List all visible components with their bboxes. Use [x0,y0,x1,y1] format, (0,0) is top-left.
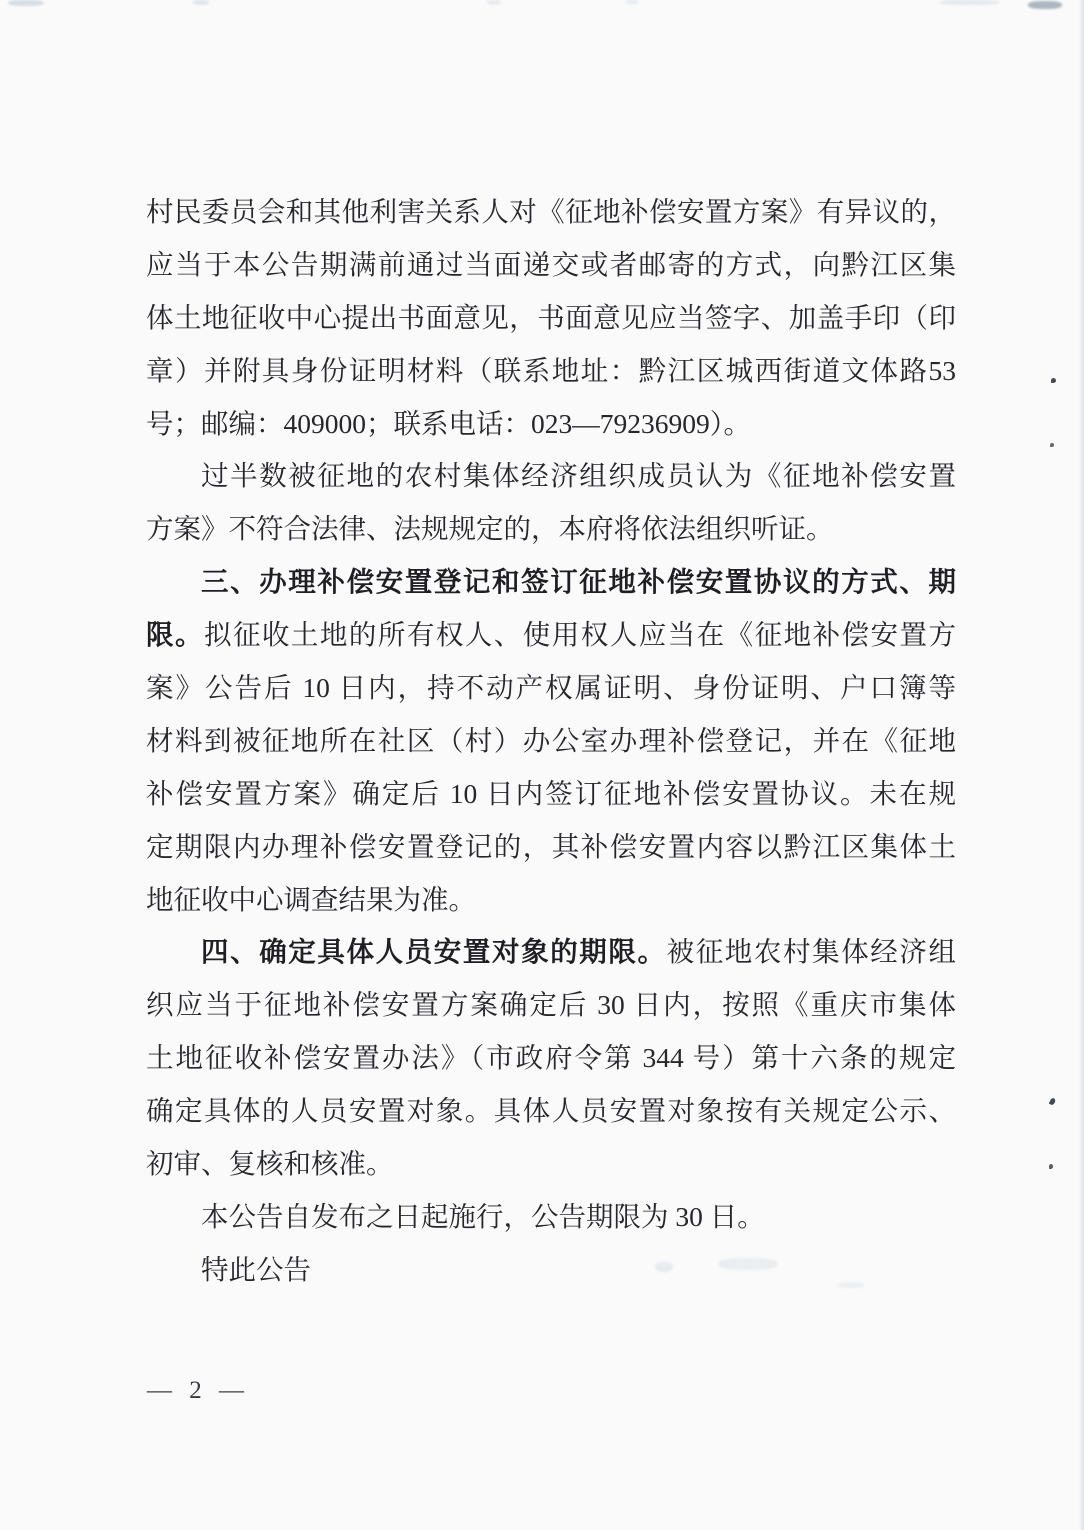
scan-speck [1049,1164,1053,1169]
body-text: 确定具体的人员安置对象。具体人员安置对象按有关规定公示、 [146,1095,956,1126]
body-text: 过半数被征地的农村集体经济组织成员认为《征地补偿安置 [201,460,956,491]
text-line: 号；邮编：409000；联系电话：023—79236909）。 [146,398,956,451]
body-text: 应当于本公告期满前通过当面递交或者邮寄的方式，向黔江区集 [146,249,956,280]
heading-text: 限。 [146,619,204,650]
scan-smudge [838,1282,864,1288]
scan-speck [1050,443,1054,447]
body-text: 方案》不符合法律、法规规定的，本府将依法组织听证。 [146,513,834,544]
text-line: 确定具体的人员安置对象。具体人员安置对象按有关规定公示、 [146,1085,956,1138]
text-line: 限。拟征收土地的所有权人、使用权人应当在《征地补偿安置方 [146,609,956,662]
scan-smudge [193,0,209,5]
scan-smudge [1028,1,1062,9]
scan-smudge [626,0,638,4]
text-line: 三、办理补偿安置登记和签订征地补偿安置协议的方式、期 [146,556,956,609]
scan-smudge [940,0,1000,5]
page-number: — 2 — [147,1377,246,1405]
scan-speck [1051,378,1056,383]
body-text: 定期限内办理补偿安置登记的，其补偿安置内容以黔江区集体土 [146,831,956,862]
body-text: 初审、复核和核准。 [146,1148,394,1179]
body-text: 特此公告 [201,1254,311,1285]
text-line: 方案》不符合法律、法规规定的，本府将依法组织听证。 [146,503,956,556]
body-text: 本公告自发布之日起施行，公告期限为 30 日。 [201,1201,765,1232]
scanned-announcement-page: { "page": { "footer": "— 2 —", "colors":… [0,0,1084,1530]
body-text: 被征地农村集体经济组 [667,936,956,967]
document-page: 村民委员会和其他利害关系人对《征地补偿安置方案》有异议的，应当于本公告期满前通过… [0,0,1084,1530]
scan-speck [1049,1097,1056,1105]
text-line: 织应当于征地补偿安置方案确定后 30 日内，按照《重庆市集体 [146,979,956,1032]
scan-smudge [8,0,44,6]
text-line: 村民委员会和其他利害关系人对《征地补偿安置方案》有异议的， [146,186,956,239]
body-text: 地征收中心调查结果为准。 [146,884,476,915]
text-line: 案》公告后 10 日内，持不动产权属证明、身份证明、户口簿等 [146,662,956,715]
body-text: 案》公告后 10 日内，持不动产权属证明、身份证明、户口簿等 [146,672,956,703]
text-line: 材料到被征地所在社区（村）办公室办理补偿登记，并在《征地 [146,715,956,768]
heading-text: 四、确定具体人员安置对象的期限。 [201,936,667,967]
body-text: 织应当于征地补偿安置方案确定后 30 日内，按照《重庆市集体 [146,989,956,1020]
scan-smudge [718,1258,778,1270]
body-text: 土地征收补偿安置办法》（市政府令第 344 号）第十六条的规定 [146,1042,956,1073]
body-text: 章）并附具身份证明材料（联系地址：黔江区城西街道文体路53 [146,355,956,386]
body-text: 拟征收土地的所有权人、使用权人应当在《征地补偿安置方 [204,619,956,650]
paper-edge-shadow [1079,0,1084,1530]
text-line: 特此公告 [146,1244,956,1297]
scan-smudge [655,1262,673,1272]
text-line: 土地征收补偿安置办法》（市政府令第 344 号）第十六条的规定 [146,1032,956,1085]
body-text: 材料到被征地所在社区（村）办公室办理补偿登记，并在《征地 [146,725,956,756]
text-line: 过半数被征地的农村集体经济组织成员认为《征地补偿安置 [146,450,956,503]
scan-smudge [487,0,501,5]
text-line: 初审、复核和核准。 [146,1138,956,1191]
text-line: 地征收中心调查结果为准。 [146,874,956,927]
body-text: 村民委员会和其他利害关系人对《征地补偿安置方案》有异议的， [146,196,956,227]
text-line: 本公告自发布之日起施行，公告期限为 30 日。 [146,1191,956,1244]
heading-text: 三、办理补偿安置登记和签订征地补偿安置协议的方式、期 [201,566,956,597]
text-line: 应当于本公告期满前通过当面递交或者邮寄的方式，向黔江区集 [146,239,956,292]
body-text: 补偿安置方案》确定后 10 日内签订征地补偿安置协议。未在规 [146,778,956,809]
body-text: 体土地征收中心提出书面意见，书面意见应当签字、加盖手印（印 [146,302,956,333]
document-body: 村民委员会和其他利害关系人对《征地补偿安置方案》有异议的，应当于本公告期满前通过… [146,186,956,1297]
body-text: 号；邮编：409000；联系电话：023—79236909）。 [146,408,751,439]
text-line: 四、确定具体人员安置对象的期限。被征地农村集体经济组 [146,926,956,979]
text-line: 定期限内办理补偿安置登记的，其补偿安置内容以黔江区集体土 [146,821,956,874]
text-line: 章）并附具身份证明材料（联系地址：黔江区城西街道文体路53 [146,345,956,398]
text-line: 体土地征收中心提出书面意见，书面意见应当签字、加盖手印（印 [146,292,956,345]
text-line: 补偿安置方案》确定后 10 日内签订征地补偿安置协议。未在规 [146,768,956,821]
